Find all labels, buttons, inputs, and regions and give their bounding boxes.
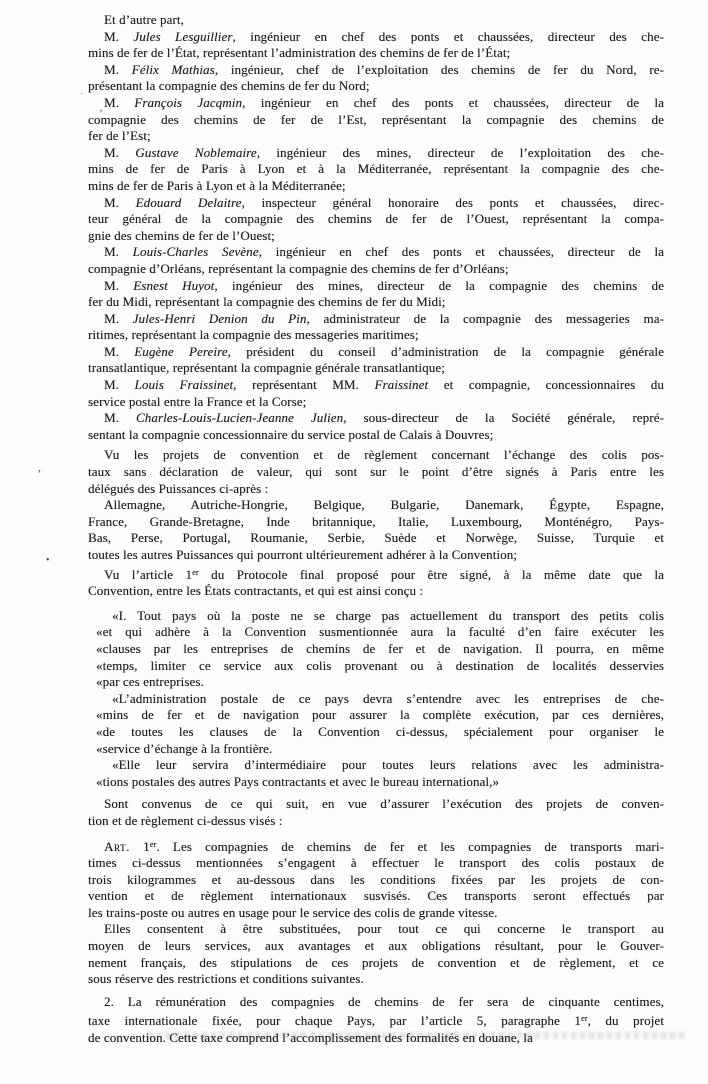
text-segment: M. <box>104 244 133 259</box>
text-line: «temps, limiter ce service aux colis pro… <box>96 658 664 675</box>
preamble-protocole: Vu l’article 1er du Protocole final prop… <box>88 564 664 600</box>
text-line: teur général de la compagnie des chemins… <box>88 211 664 228</box>
text-segment: , ingénieur des mines, directeur de l’ex… <box>257 145 664 160</box>
text-segment: «de toutes les clauses de la Convention … <box>96 724 664 739</box>
text-segment: ritimes, représentant la compagnie des m… <box>88 327 419 342</box>
text-line: compagnie d’Orléans, représentant la com… <box>88 261 664 278</box>
text-segment: fer du Midi, représentant la compagnie d… <box>88 294 446 309</box>
text-line: toutes les autres Puissances qui pourron… <box>88 547 664 564</box>
text-line: mins de fer de l’État, représentant l’ad… <box>88 45 664 62</box>
text-line: délégués des Puissances ci-après : <box>88 481 664 498</box>
delegate-huyot: M. Esnest Huyot, ingénieur des mines, di… <box>88 278 664 311</box>
text-line: «clauses par les entreprises de chemins … <box>96 641 664 658</box>
text-segment: 1 <box>130 839 150 854</box>
protocole-quote-1: «I. Tout pays où la poste ne se charge p… <box>88 608 664 691</box>
text-line: vention et de règlement internationaux s… <box>88 888 664 905</box>
text-segment: mins de fer de Paris à Lyon et à la Médi… <box>88 178 346 193</box>
text-segment: tion et de règlement ci-dessus visés : <box>88 813 282 828</box>
delegate-delaitre: M. Edouard Delaitre, inspecteur général … <box>88 195 664 245</box>
text-line: mins de fer de Paris à Lyon et à la Médi… <box>88 178 664 195</box>
text-segment: M. <box>104 29 133 44</box>
text-segment: compagnie d’Orléans, représentant la com… <box>88 261 509 276</box>
delegate-sevene: M. Louis-Charles Sevène, ingénieur en ch… <box>88 244 664 277</box>
text-segment: , ingénieur en chef des ponts et chaussé… <box>259 244 664 259</box>
text-line: taxe internationale fixée, pour chaque P… <box>88 1010 664 1030</box>
text-line: «et qui adhère à la Convention susmentio… <box>96 624 664 641</box>
scan-artifact-apostrophe: ’ <box>99 107 103 119</box>
text-segment: , ingénieur en chef des ponts et chaussé… <box>242 95 664 110</box>
countries-list: Allemagne, Autriche-Hongrie, Belgique, B… <box>88 497 664 563</box>
text-segment: , président du conseil d’administration … <box>228 344 664 359</box>
text-line: «I. Tout pays où la poste ne se charge p… <box>96 608 664 625</box>
text-segment: Bas, Perse, Portugal, Roumanie, Serbie, … <box>88 530 664 545</box>
text-segment: Et d’autre part, <box>104 12 184 27</box>
text-line: 2. La rémunération des compagnies de che… <box>88 994 664 1011</box>
text-segment: fer de l’Est; <box>88 128 151 143</box>
text-line: mins de fer de Paris à Lyon et à la Médi… <box>88 161 664 178</box>
text-line: présentant la compagnie des chemins de f… <box>88 78 664 95</box>
text-segment: er <box>192 567 199 577</box>
text-segment: , ingénieur en chef des ponts et chaussé… <box>232 29 664 44</box>
text-segment: M. <box>104 344 134 359</box>
text-line: les trains-poste ou autres en usage pour… <box>88 905 664 922</box>
text-segment: Eugène Pereire <box>134 344 227 359</box>
text-segment: taxe internationale fixée, pour chaque P… <box>88 1013 581 1028</box>
text-line: Art. 1er. Les compagnies de chemins de f… <box>88 836 664 856</box>
text-segment: , sous-directeur de la Société générale,… <box>343 410 664 425</box>
delegate-denion-du-pin: M. Jules-Henri Denion du Pin, administra… <box>88 311 664 344</box>
text-segment: Charles-Louis-Lucien-Jeanne Julien <box>136 410 343 425</box>
opening-phrase: Et d’autre part, <box>88 12 664 29</box>
text-segment: Convention, entre les États contractants… <box>88 583 423 598</box>
text-segment: sentant la compagnie concessionnaire du … <box>88 427 493 442</box>
text-line: fer du Midi, représentant la compagnie d… <box>88 294 664 311</box>
text-segment: du Protocole final proposé pour être sig… <box>199 567 664 582</box>
text-segment: toutes les autres Puissances qui pourron… <box>88 547 517 562</box>
text-line: tion et de règlement ci-dessus visés : <box>88 813 664 830</box>
text-segment: Art. <box>104 839 130 854</box>
delegate-mathias: M. Félix Mathias, ingénieur, chef de l’e… <box>88 62 664 95</box>
text-segment: M. <box>104 145 135 160</box>
text-line: Convention, entre les États contractants… <box>88 583 664 600</box>
text-line: M. Charles-Louis-Lucien-Jeanne Julien, s… <box>88 410 664 427</box>
text-line: Allemagne, Autriche-Hongrie, Belgique, B… <box>88 497 664 514</box>
text-line: M. François Jacqmin, ingénieur en chef d… <box>88 95 664 112</box>
text-line: M. Gustave Noblemaire, ingénieur des min… <box>88 145 664 162</box>
text-segment: vention et de règlement internationaux s… <box>88 888 664 903</box>
text-segment: Fraissinet <box>374 377 428 392</box>
text-line: times ci-dessus mentionnées s’engagent à… <box>88 855 664 872</box>
text-segment: Edouard Delaitre <box>136 195 242 210</box>
delegate-lesguillier: M. Jules Lesguillier, ingénieur en chef … <box>88 29 664 62</box>
text-segment: Jules Lesguillier <box>133 29 232 44</box>
scanned-document-page: Et d’autre part,M. Jules Lesguillier, in… <box>0 0 708 1084</box>
text-line: M. Jules Lesguillier, ingénieur en chef … <box>88 29 664 46</box>
text-line: transatlantique, représentant la compagn… <box>88 360 664 377</box>
document-text: Et d’autre part,M. Jules Lesguillier, in… <box>88 12 664 1047</box>
text-segment: M. <box>104 377 135 392</box>
text-segment: , ingénieur des mines, directeur de la c… <box>214 278 664 293</box>
text-segment: M. <box>104 195 136 210</box>
preamble-convention: Vu les projets de convention et de règle… <box>88 447 664 497</box>
delegate-fraissinet: M. Louis Fraissinet, représentant MM. Fr… <box>88 377 664 410</box>
delegate-pereire: M. Eugène Pereire, président du conseil … <box>88 344 664 377</box>
scan-bleedthrough-line <box>148 1032 688 1039</box>
text-segment: M. <box>104 62 132 77</box>
text-segment: présentant la compagnie des chemins de f… <box>88 78 370 93</box>
text-segment: transatlantique, représentant la compagn… <box>88 360 445 375</box>
text-line: M. Eugène Pereire, président du conseil … <box>88 344 664 361</box>
text-segment: Allemagne, Autriche-Hongrie, Belgique, B… <box>104 497 664 512</box>
text-segment: , inspecteur général honoraire des ponts… <box>242 195 664 210</box>
text-line: compagnie des chemins de fer de l’Est, r… <box>88 112 664 129</box>
text-line: service postal entre la France et la Cor… <box>88 394 664 411</box>
text-segment: Vu l’article 1 <box>104 567 192 582</box>
text-segment: les trains-poste ou autres en usage pour… <box>88 905 497 920</box>
text-line: M. Esnest Huyot, ingénieur des mines, di… <box>88 278 664 295</box>
text-segment: «service d’échange à la frontière. <box>96 741 272 756</box>
text-segment: 2. La rémunération des compagnies de che… <box>104 994 664 1009</box>
text-segment: teur général de la compagnie des chemins… <box>88 211 664 226</box>
text-segment: Elles consentent à être substituées, pou… <box>104 921 664 936</box>
text-line: Elles consentent à être substituées, pou… <box>88 921 664 938</box>
text-segment: M. <box>104 278 133 293</box>
text-segment: service postal entre la France et la Cor… <box>88 394 306 409</box>
text-segment: Vu les projets de convention et de règle… <box>104 447 664 462</box>
text-segment: taux sans déclaration de valeur, qui son… <box>88 464 664 479</box>
text-segment: Sont convenus de ce qui suit, en vue d’a… <box>104 796 664 811</box>
scan-artifact-comma: , <box>38 461 41 473</box>
text-segment: «L’administration postale de ce pays dev… <box>112 691 664 706</box>
protocole-quote-2: «L’administration postale de ce pays dev… <box>88 691 664 757</box>
text-segment: nement français, des stipulations de ces… <box>88 955 664 970</box>
text-line: sentant la compagnie concessionnaire du … <box>88 427 664 444</box>
text-segment: compagnie des chemins de fer de l’Est, r… <box>88 112 664 127</box>
text-line: Bas, Perse, Portugal, Roumanie, Serbie, … <box>88 530 664 547</box>
text-segment: trois kilogrammes et au-dessous dans les… <box>88 872 664 887</box>
text-segment: «temps, limiter ce service aux colis pro… <box>96 658 664 673</box>
text-segment: et compagnie, concessionnaires du <box>428 377 664 392</box>
text-line: nement français, des stipulations de ces… <box>88 955 664 972</box>
text-line: taux sans déclaration de valeur, qui son… <box>88 464 664 481</box>
text-segment: M. <box>104 95 134 110</box>
delegate-julien: M. Charles-Louis-Lucien-Jeanne Julien, s… <box>88 410 664 443</box>
text-line: M. Louis Fraissinet, représentant MM. Fr… <box>88 377 664 394</box>
text-segment: «tions postales des autres Pays contract… <box>96 774 499 789</box>
text-segment: , du projet <box>588 1013 664 1028</box>
text-segment: sous réserve des restrictions et conditi… <box>88 971 364 986</box>
text-segment: «clauses par les entreprises de chemins … <box>96 641 664 656</box>
text-segment: gnie des chemins de fer de l’Ouest; <box>88 228 275 243</box>
text-segment: Gustave Noblemaire <box>135 145 256 160</box>
text-line: trois kilogrammes et au-dessous dans les… <box>88 872 664 889</box>
text-line: M. Edouard Delaitre, inspecteur général … <box>88 195 664 212</box>
text-segment: Félix Mathias <box>132 62 215 77</box>
protocole-quote-3: «Elle leur servira d’intermédiaire pour … <box>88 757 664 790</box>
article-1-continuation: Elles consentent à être substituées, pou… <box>88 921 664 987</box>
text-segment: François Jacqmin <box>134 95 242 110</box>
article-1: Art. 1er. Les compagnies de chemins de f… <box>88 836 664 922</box>
text-segment: er <box>581 1013 588 1023</box>
text-line: «service d’échange à la frontière. <box>96 741 664 758</box>
text-line: France, Grande-Bretagne, Inde britanniqu… <box>88 514 664 531</box>
text-segment: . Les compagnies de chemins de fer et le… <box>156 839 664 854</box>
text-segment: délégués des Puissances ci-après : <box>88 481 268 496</box>
text-line: M. Louis-Charles Sevène, ingénieur en ch… <box>88 244 664 261</box>
text-segment: , représentant MM. <box>233 377 374 392</box>
text-line: Vu les projets de convention et de règle… <box>88 447 664 464</box>
text-line: fer de l’Est; <box>88 128 664 145</box>
text-line: moyen de leurs services, aux avantages e… <box>88 938 664 955</box>
text-line: Et d’autre part, <box>88 12 664 29</box>
text-line: sous réserve des restrictions et conditi… <box>88 971 664 988</box>
text-line: «Elle leur servira d’intermédiaire pour … <box>96 757 664 774</box>
text-segment: «I. Tout pays où la poste ne se charge p… <box>112 608 664 623</box>
text-segment: Louis-Charles Sevène <box>133 244 259 259</box>
text-line: «de toutes les clauses de la Convention … <box>96 724 664 741</box>
text-segment: , administrateur de la compagnie des mes… <box>307 311 664 326</box>
text-segment: «Elle leur servira d’intermédiaire pour … <box>112 757 664 772</box>
agreement-intro: Sont convenus de ce qui suit, en vue d’a… <box>88 796 664 829</box>
text-line: Sont convenus de ce qui suit, en vue d’a… <box>88 796 664 813</box>
text-segment: M. <box>104 410 136 425</box>
text-segment: mins de fer de l’État, représentant l’ad… <box>88 45 510 60</box>
text-segment: Louis Fraissinet <box>135 377 234 392</box>
text-segment: times ci-dessus mentionnées s’engagent à… <box>88 855 664 870</box>
text-segment: «mins de fer et de navigation pour assur… <box>96 707 664 722</box>
text-segment: , ingénieur, chef de l’exploitation des … <box>215 62 664 77</box>
text-line: M. Félix Mathias, ingénieur, chef de l’e… <box>88 62 664 79</box>
text-segment: «et qui adhère à la Convention susmentio… <box>96 624 664 639</box>
text-segment: «par ces entreprises. <box>96 674 204 689</box>
delegate-jacqmin: M. François Jacqmin, ingénieur en chef d… <box>88 95 664 145</box>
delegate-noblemaire: M. Gustave Noblemaire, ingénieur des min… <box>88 145 664 195</box>
scan-artifact-dot: · <box>80 90 83 100</box>
text-line: «par ces entreprises. <box>96 674 664 691</box>
scan-artifact-bullet: • <box>46 556 50 566</box>
text-segment: Jules-Henri Denion du Pin <box>133 311 307 326</box>
text-segment: moyen de leurs services, aux avantages e… <box>88 938 664 953</box>
text-line: gnie des chemins de fer de l’Ouest; <box>88 228 664 245</box>
text-segment: Esnest Huyot <box>133 278 214 293</box>
text-line: «mins de fer et de navigation pour assur… <box>96 707 664 724</box>
text-line: «L’administration postale de ce pays dev… <box>96 691 664 708</box>
text-line: ritimes, représentant la compagnie des m… <box>88 327 664 344</box>
text-line: M. Jules-Henri Denion du Pin, administra… <box>88 311 664 328</box>
text-segment: mins de fer de Paris à Lyon et à la Médi… <box>88 161 664 176</box>
text-line: «tions postales des autres Pays contract… <box>96 774 664 791</box>
text-segment: France, Grande-Bretagne, Inde britanniqu… <box>88 514 664 529</box>
text-segment: M. <box>104 311 133 326</box>
text-line: Vu l’article 1er du Protocole final prop… <box>88 564 664 584</box>
